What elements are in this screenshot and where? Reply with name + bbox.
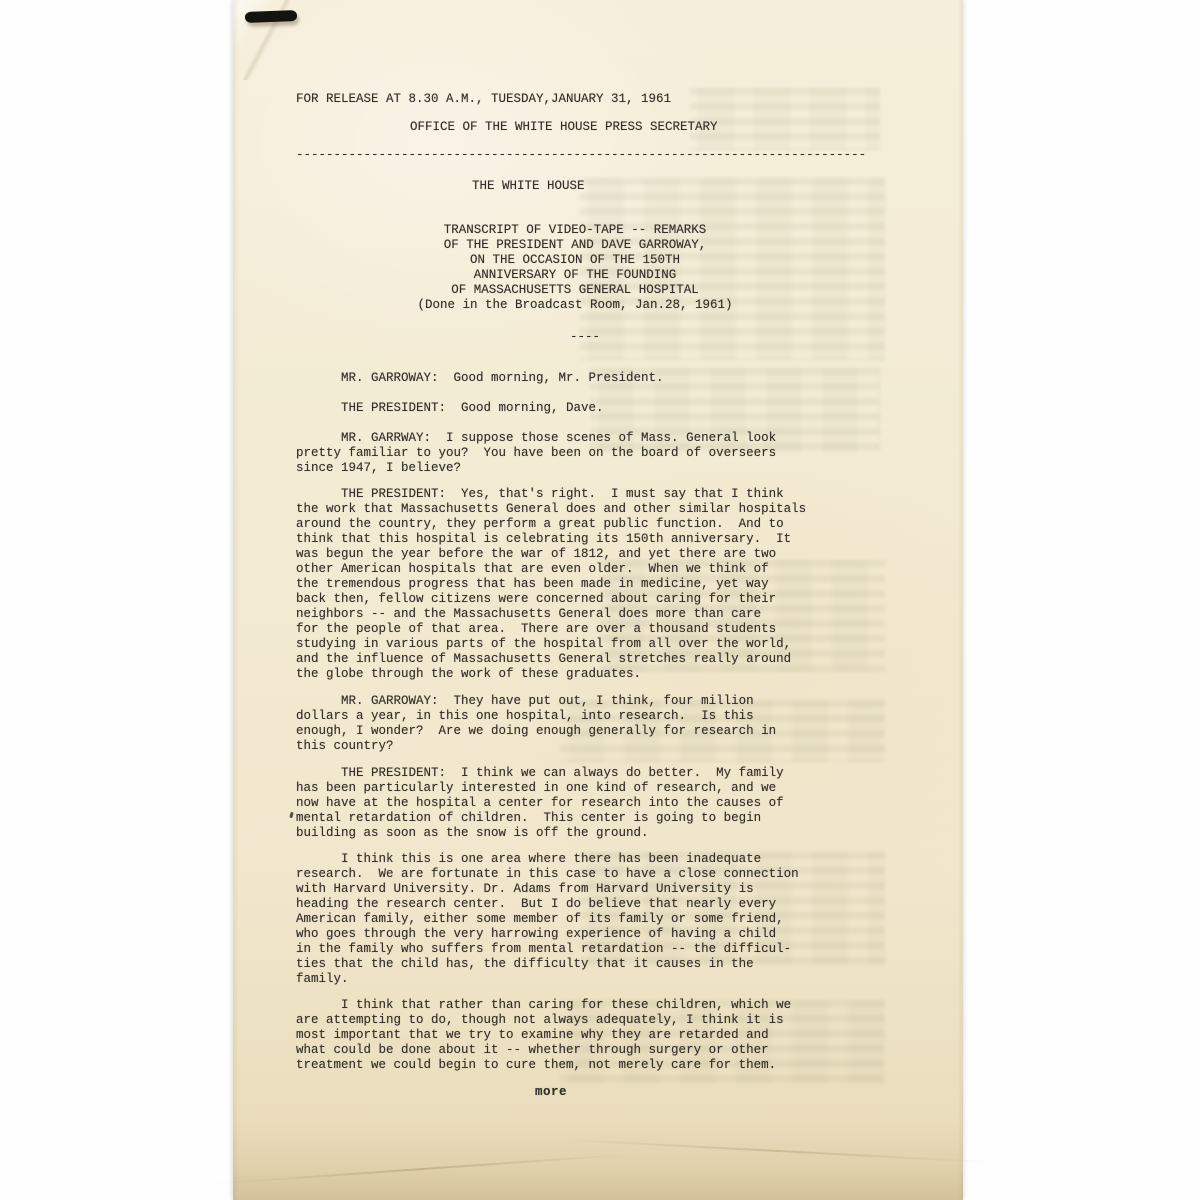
paragraph-garroway-question-2: MR. GARROWAY: They have put out, I think…: [296, 694, 776, 754]
dashed-divider: ----------------------------------------…: [296, 148, 866, 163]
paragraph-president-answer-1: THE PRESIDENT: Yes, that's right. I must…: [296, 487, 806, 682]
paragraph-president-answer-4: I think that rather than caring for thes…: [296, 998, 791, 1073]
paper-bottom-shading: [233, 1120, 963, 1200]
ink-stray-mark: [289, 812, 293, 819]
paper-crease: [213, 1153, 632, 1184]
office-line: OFFICE OF THE WHITE HOUSE PRESS SECRETAR…: [410, 120, 718, 135]
paper-crease: [563, 1139, 993, 1164]
paragraph-president-answer-3: I think this is one area where there has…: [296, 852, 799, 987]
document-page: FOR RELEASE AT 8.30 A.M., TUESDAY,JANUAR…: [233, 0, 963, 1200]
staple-mark: [245, 10, 297, 23]
scan-background: FOR RELEASE AT 8.30 A.M., TUESDAY,JANUAR…: [0, 0, 1200, 1200]
paragraph-garroway-question-1: MR. GARRWAY: I suppose those scenes of M…: [296, 431, 776, 476]
bleed-through-text: [690, 88, 880, 150]
paragraph-president-answer-2: THE PRESIDENT: I think we can always do …: [296, 766, 784, 841]
section-separator: ----: [570, 330, 600, 345]
paragraph-garroway-greeting: MR. GARROWAY: Good morning, Mr. Presiden…: [296, 371, 664, 386]
document-title: TRANSCRIPT OF VIDEO-TAPE -- REMARKS OF T…: [390, 223, 760, 313]
continuation-footer: more: [535, 1085, 567, 1100]
paragraph-president-greeting: THE PRESIDENT: Good morning, Dave.: [296, 401, 604, 416]
release-line: FOR RELEASE AT 8.30 A.M., TUESDAY,JANUAR…: [296, 92, 671, 107]
letterhead-title: THE WHITE HOUSE: [472, 179, 585, 194]
